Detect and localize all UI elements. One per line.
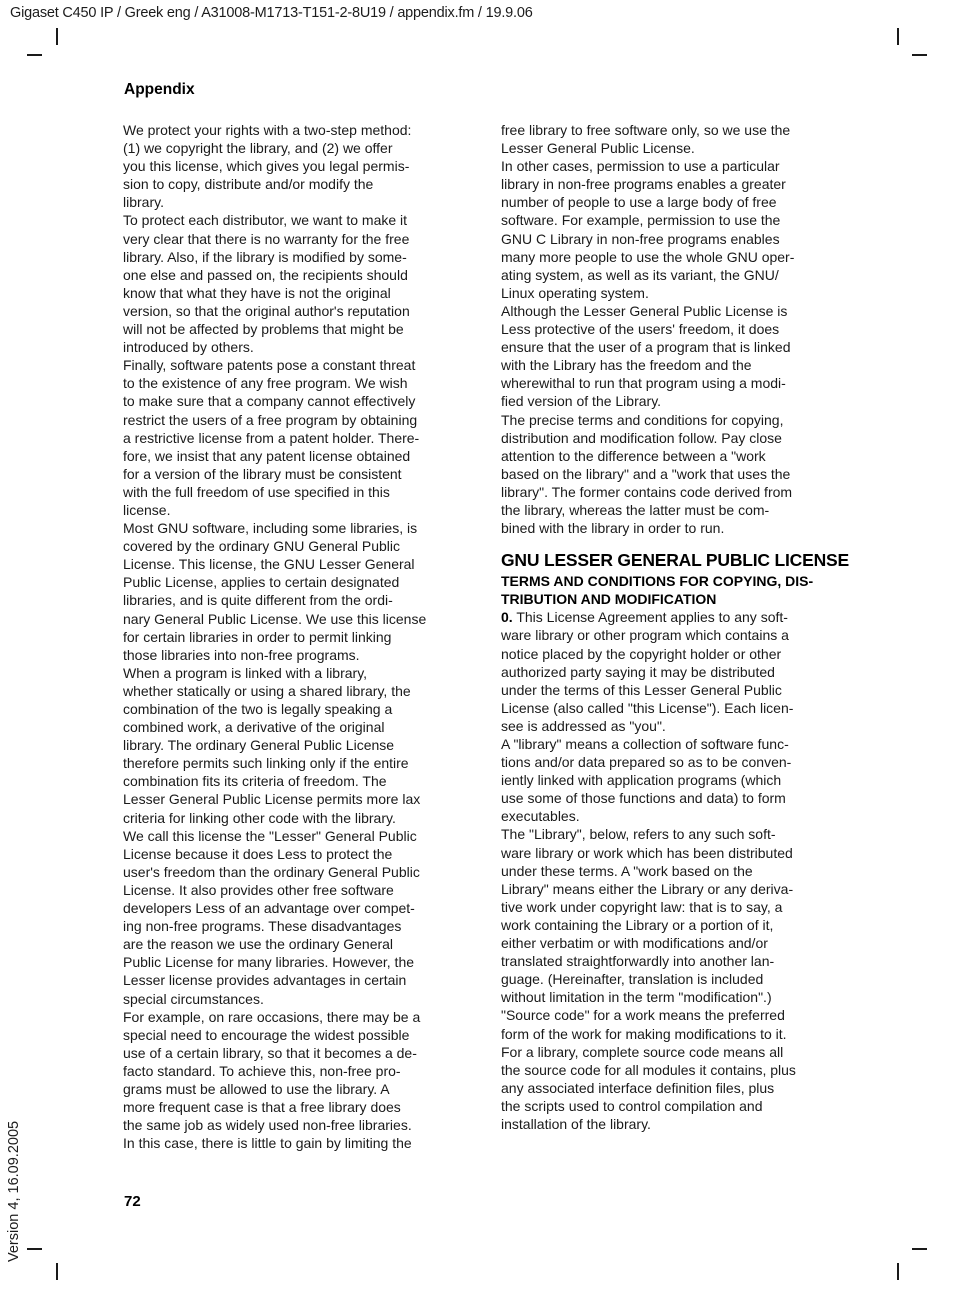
license-heading: GNU LESSER GENERAL PUBLIC LICENSE [501,550,849,570]
paragraph: free library to free software only, so w… [501,121,849,157]
paragraph: When a program is linked with a library,… [123,664,471,827]
crop-mark [27,54,42,56]
paragraph: In other cases, permission to use a part… [501,157,849,302]
paragraph: "Source code" for a work means the prefe… [501,1006,849,1133]
paragraph: For example, on rare occasions, there ma… [123,1008,471,1153]
clause-0: 0. This License Agreement applies to any… [501,608,849,735]
paragraph: Most GNU software, including some librar… [123,519,471,664]
document-header: Gigaset C450 IP / Greek eng / A31008-M17… [10,5,533,21]
paragraph: Although the Lesser General Public Licen… [501,302,849,411]
paragraph: A "library" means a collection of softwa… [501,735,849,825]
paragraph: We protect your rights with a two-step m… [123,121,471,211]
paragraph: To protect each distributor, we want to … [123,211,471,356]
crop-mark [912,54,927,56]
crop-mark [27,1248,42,1250]
page-number: 72 [124,1193,141,1210]
manual-page: Gigaset C450 IP / Greek eng / A31008-M17… [0,0,954,1307]
crop-mark [897,28,899,45]
right-column: free library to free software only, so w… [501,121,849,1133]
crop-mark [897,1263,899,1280]
crop-mark [56,28,58,45]
paragraph: The "Library", below, refers to any such… [501,825,849,1006]
clause-0-number: 0. [501,609,513,625]
version-label: Version 4, 16.09.2005 [6,1121,22,1262]
left-column: We protect your rights with a two-step m… [123,121,471,1152]
crop-mark [56,1263,58,1280]
paragraph: We call this license the "Lesser" Genera… [123,827,471,1008]
clause-0-text: This License Agreement applies to any so… [501,609,793,734]
paragraph: Finally, software patents pose a constan… [123,356,471,519]
paragraph: The precise terms and conditions for cop… [501,411,849,538]
crop-mark [912,1248,927,1250]
license-subheading: TERMS AND CONDITIONS FOR COPYING, DIS- T… [501,572,849,608]
appendix-title: Appendix [124,81,195,99]
